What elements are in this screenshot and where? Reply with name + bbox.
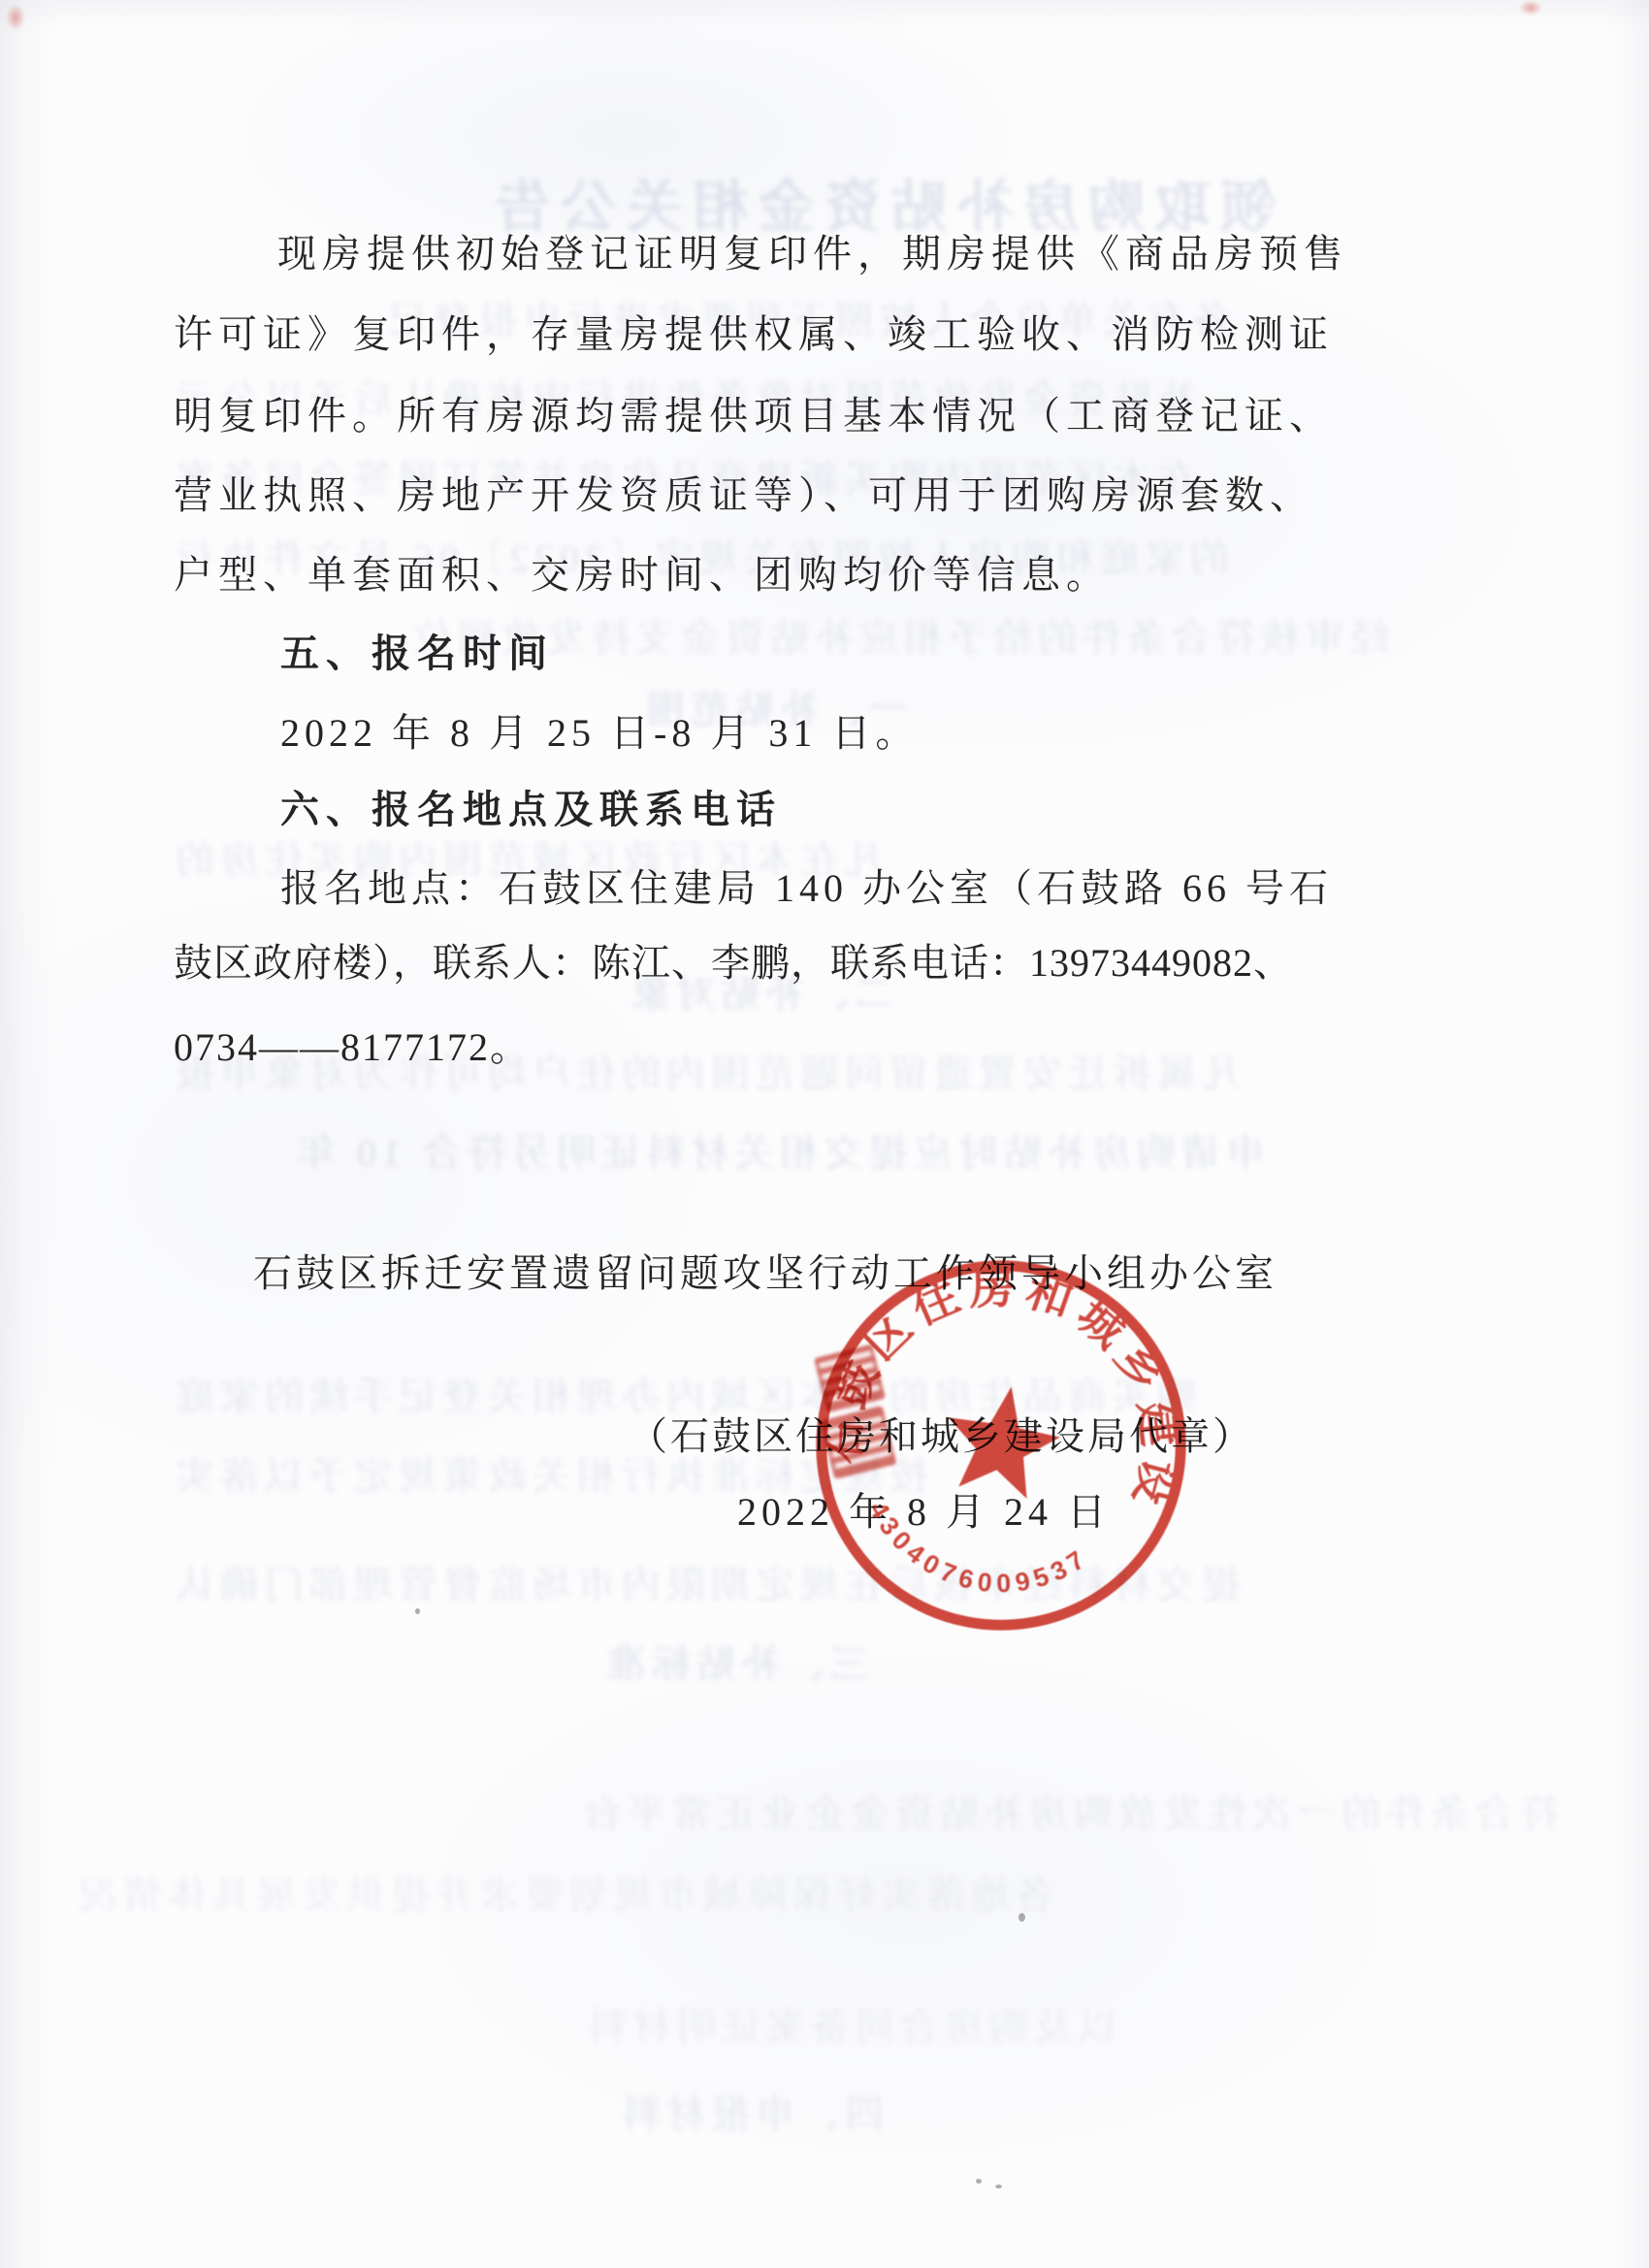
bleedthrough-line: 申请购房补贴时应提交相关材料证明另符合 10 年 xyxy=(291,1122,1265,1178)
scan-speck xyxy=(976,2179,982,2184)
seal-serial-number: 4304076009537 xyxy=(852,1493,1100,1616)
bleedthrough-line: 各地落实好保障城市规划要求并提供发展具体情况 xyxy=(73,1864,1054,1920)
bleedthrough-heading: 四、申报材料 xyxy=(616,2084,884,2139)
scan-speck xyxy=(415,1608,420,1614)
scan-speck xyxy=(995,2185,1002,2188)
svg-text:4304076009537: 4304076009537 xyxy=(852,1493,1100,1616)
section6-line3: 0734——8177172。 xyxy=(174,1017,531,1072)
paragraph1-line3: 明复印件。所有房源均需提供项目基本情况（工商登记证、 xyxy=(174,385,1334,440)
section6-line1: 报名地点：石鼓区住建局 140 办公室（石鼓路 66 号石 xyxy=(280,858,1333,913)
paragraph1-line2: 许可证》复印件，存量房提供权属、竣工验收、消防检测证 xyxy=(174,304,1334,359)
red-ink-speck xyxy=(6,4,25,31)
red-ink-speck xyxy=(1519,0,1542,16)
bleedthrough-line: 以及购房合同备案证明材料 xyxy=(582,1996,1117,2052)
section5-heading: 五、报名时间 xyxy=(280,623,554,678)
scan-speck xyxy=(1018,1913,1025,1922)
bleedthrough-line: 符合条件的一次性发放购房补贴资金企业正常平台 xyxy=(577,1783,1559,1838)
paragraph1-line5: 户型、单套面积、交房时间、团购均价等信息。 xyxy=(174,544,1111,599)
section6-heading: 六、报名地点及联系电话 xyxy=(280,779,782,834)
section5-date-range: 2022 年 8 月 25 日-8 月 31 日。 xyxy=(280,702,919,758)
bleedthrough-heading: 三、补贴标准 xyxy=(601,1634,869,1689)
seal-star-icon xyxy=(937,1377,1067,1503)
paragraph1-line4: 营业执照、房地产开发资质证等）、可用于团购房源套数、 xyxy=(174,465,1314,520)
scanned-document-page: 领取购房补贴资金相关公告 各有关单位个人按照下列要求进行申报登记 补贴资金发放范… xyxy=(0,0,1649,2268)
bleedthrough-line: 经审核符合条件的给予相应补贴资金支持发放到位 xyxy=(407,607,1389,663)
section6-line2: 鼓区政府楼），联系人：陈江、李鹏，联系电话：13973449082、 xyxy=(174,932,1293,988)
paragraph1-line1: 现房提供初始登记证明复印件，期房提供《商品房预售 xyxy=(277,223,1348,278)
